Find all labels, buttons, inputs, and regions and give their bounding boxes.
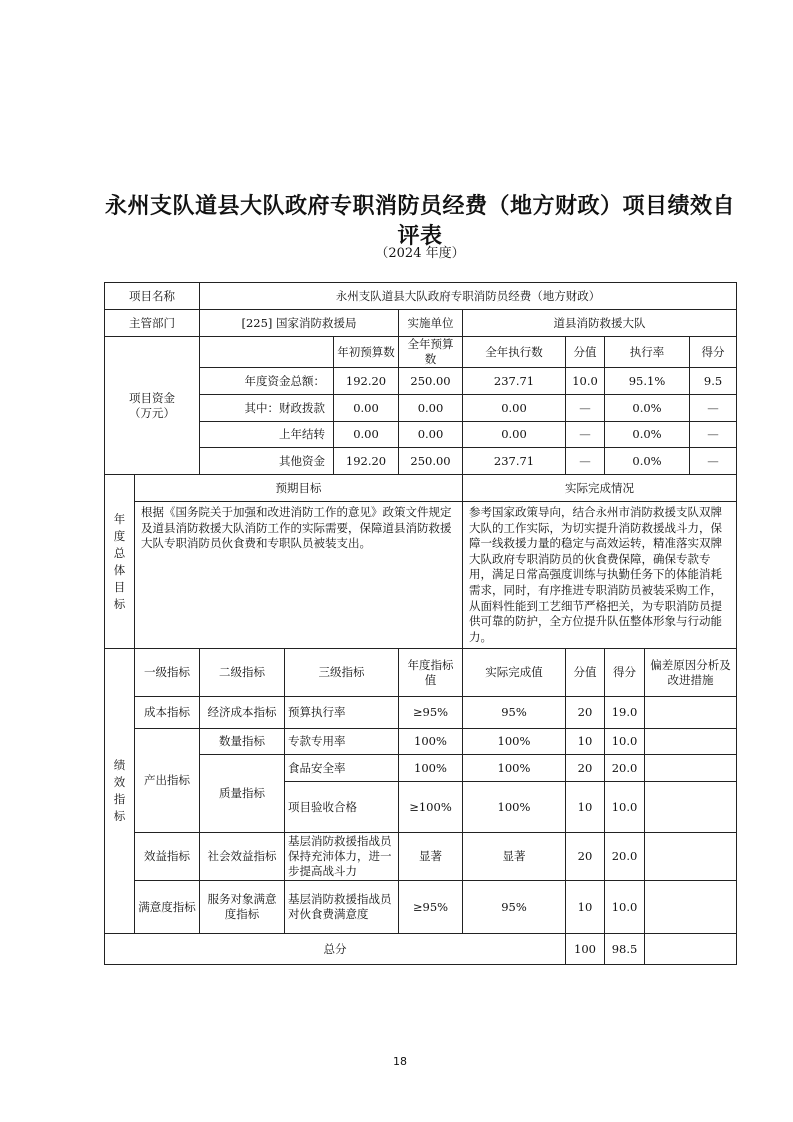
impl-label: 实施单位 xyxy=(399,310,463,337)
fund-score: 9.5 xyxy=(690,368,737,395)
fund-executed: 237.71 xyxy=(463,368,566,395)
document-year: （2024 年度） xyxy=(100,245,740,263)
annual-goal-side-label: 年度总体目标 xyxy=(105,475,135,649)
score-header: 得分 xyxy=(690,337,737,368)
exec-rate-header: 执行率 xyxy=(605,337,690,368)
indicator-row: 成本指标 经济成本指标 预算执行率 ≥95% 95% 20 19.0 xyxy=(105,697,737,729)
level2-cell: 服务对象满意度指标 xyxy=(200,881,285,934)
fund-annual: 250.00 xyxy=(399,448,463,475)
actual-header: 实际完成值 xyxy=(463,649,566,697)
level1-cell: 满意度指标 xyxy=(135,881,200,934)
deviation-cell xyxy=(645,782,737,833)
project-name-label: 项目名称 xyxy=(105,283,200,310)
fund-initial: 192.20 xyxy=(334,368,399,395)
department-row: 主管部门 [225] 国家消防救援局 实施单位 道县消防救援大队 xyxy=(105,310,737,337)
fund-executed: 237.71 xyxy=(463,448,566,475)
level1-header: 一级指标 xyxy=(135,649,200,697)
actual-cell: 显著 xyxy=(463,833,566,881)
document-title: 永州支队道县大队政府专职消防员经费（地方财政）项目绩效自评表 xyxy=(100,192,740,252)
indicator-row: 产出指标 数量指标 专款专用率 100% 100% 10 10.0 xyxy=(105,729,737,755)
page-number: 18 xyxy=(380,1055,420,1068)
level3-cell: 食品安全率 xyxy=(285,755,399,782)
weight-cell: 20 xyxy=(566,755,605,782)
total-deviation xyxy=(645,934,737,965)
actual-cell: 100% xyxy=(463,782,566,833)
expected-goal-header: 预期目标 xyxy=(135,475,463,502)
level3-cell: 基层消防救援指战员保持充沛体力，进一步提高战斗力 xyxy=(285,833,399,881)
fund-annual: 0.00 xyxy=(399,422,463,448)
funds-row: 上年结转 0.00 0.00 0.00 — 0.0% — xyxy=(105,422,737,448)
actual-cell: 100% xyxy=(463,729,566,755)
fund-initial: 0.00 xyxy=(334,395,399,422)
funds-row: 其他资金 192.20 250.00 237.71 — 0.0% — xyxy=(105,448,737,475)
level3-cell: 预算执行率 xyxy=(285,697,399,729)
target-header: 年度指标值 xyxy=(399,649,463,697)
initial-budget-header: 年初预算数 xyxy=(334,337,399,368)
level2-header: 二级指标 xyxy=(200,649,285,697)
deviation-cell xyxy=(645,881,737,934)
fund-rate: 95.1% xyxy=(605,368,690,395)
fund-annual: 250.00 xyxy=(399,368,463,395)
fund-initial: 0.00 xyxy=(334,422,399,448)
funds-row: 年度资金总额： 192.20 250.00 237.71 10.0 95.1% … xyxy=(105,368,737,395)
fund-score: — xyxy=(690,422,737,448)
total-weight: 100 xyxy=(566,934,605,965)
actual-cell: 95% xyxy=(463,697,566,729)
level3-cell: 项目验收合格 xyxy=(285,782,399,833)
indicator-row: 效益指标 社会效益指标 基层消防救援指战员保持充沛体力，进一步提高战斗力 显著 … xyxy=(105,833,737,881)
weight-header: 分值 xyxy=(566,337,605,368)
deviation-cell xyxy=(645,697,737,729)
dept-value: [225] 国家消防救援局 xyxy=(200,310,399,337)
actual-completion-header: 实际完成情况 xyxy=(463,475,737,502)
indicator-row: 满意度指标 服务对象满意度指标 基层消防救援指战员对伙食费满意度 ≥95% 95… xyxy=(105,881,737,934)
fund-score: — xyxy=(690,448,737,475)
fund-executed: 0.00 xyxy=(463,395,566,422)
fund-annual: 0.00 xyxy=(399,395,463,422)
level2-cell: 社会效益指标 xyxy=(200,833,285,881)
level2-cell: 质量指标 xyxy=(200,755,285,833)
indicator-row: 质量指标 食品安全率 100% 100% 20 20.0 xyxy=(105,755,737,782)
goals-header-row: 年度总体目标 预期目标 实际完成情况 xyxy=(105,475,737,502)
weight-cell: 10 xyxy=(566,782,605,833)
executed-header: 全年执行数 xyxy=(463,337,566,368)
annual-budget-header: 全年预算数 xyxy=(399,337,463,368)
level1-cell: 成本指标 xyxy=(135,697,200,729)
level3-cell: 专款专用率 xyxy=(285,729,399,755)
score-cell: 10.0 xyxy=(605,782,645,833)
actual-cell: 95% xyxy=(463,881,566,934)
level1-cell: 产出指标 xyxy=(135,729,200,833)
funds-label: 项目资金 （万元） xyxy=(105,337,200,475)
total-label: 总分 xyxy=(105,934,566,965)
target-cell: 显著 xyxy=(399,833,463,881)
score-cell: 20.0 xyxy=(605,755,645,782)
impl-value: 道县消防救援大队 xyxy=(463,310,737,337)
score-cell: 20.0 xyxy=(605,833,645,881)
weight-cell: 10 xyxy=(566,729,605,755)
fund-label: 上年结转 xyxy=(200,422,334,448)
dept-label: 主管部门 xyxy=(105,310,200,337)
indicators-header-row: 绩效指标 一级指标 二级指标 三级指标 年度指标值 实际完成值 分值 得分 偏差… xyxy=(105,649,737,697)
goals-content-row: 根据《国务院关于加强和改进消防工作的意见》政策文件规定及道县消防救援大队消防工作… xyxy=(105,502,737,649)
fund-rate: 0.0% xyxy=(605,422,690,448)
deviation-cell xyxy=(645,833,737,881)
score-cell: 10.0 xyxy=(605,729,645,755)
target-cell: ≥95% xyxy=(399,881,463,934)
deviation-cell xyxy=(645,729,737,755)
actual-cell: 100% xyxy=(463,755,566,782)
level1-cell: 效益指标 xyxy=(135,833,200,881)
level3-header: 三级指标 xyxy=(285,649,399,697)
weight-header: 分值 xyxy=(566,649,605,697)
fund-rate: 0.0% xyxy=(605,395,690,422)
level2-cell: 数量指标 xyxy=(200,729,285,755)
funds-row: 其中：财政拨款 0.00 0.00 0.00 — 0.0% — xyxy=(105,395,737,422)
fund-weight: 10.0 xyxy=(566,368,605,395)
funds-header-row: 项目资金 （万元） 年初预算数 全年预算数 全年执行数 分值 执行率 得分 xyxy=(105,337,737,368)
fund-weight: — xyxy=(566,448,605,475)
fund-executed: 0.00 xyxy=(463,422,566,448)
target-cell: 100% xyxy=(399,755,463,782)
total-score: 98.5 xyxy=(605,934,645,965)
total-row: 总分 100 98.5 xyxy=(105,934,737,965)
score-cell: 19.0 xyxy=(605,697,645,729)
self-evaluation-table: 项目名称 永州支队道县大队政府专职消防员经费（地方财政） 主管部门 [225] … xyxy=(104,282,737,965)
weight-cell: 10 xyxy=(566,881,605,934)
fund-initial: 192.20 xyxy=(334,448,399,475)
deviation-header: 偏差原因分析及改进措施 xyxy=(645,649,737,697)
weight-cell: 20 xyxy=(566,697,605,729)
funds-blank-header xyxy=(200,337,334,368)
project-name-value: 永州支队道县大队政府专职消防员经费（地方财政） xyxy=(200,283,737,310)
project-name-row: 项目名称 永州支队道县大队政府专职消防员经费（地方财政） xyxy=(105,283,737,310)
fund-weight: — xyxy=(566,395,605,422)
deviation-cell xyxy=(645,755,737,782)
fund-label: 年度资金总额： xyxy=(200,368,334,395)
actual-completion-text: 参考国家政策导向，结合永州市消防救援支队双牌大队的工作实际，为切实提升消防救援战… xyxy=(463,502,737,649)
fund-label: 其他资金 xyxy=(200,448,334,475)
fund-score: — xyxy=(690,395,737,422)
target-cell: ≥95% xyxy=(399,697,463,729)
level3-cell: 基层消防救援指战员对伙食费满意度 xyxy=(285,881,399,934)
level2-cell: 经济成本指标 xyxy=(200,697,285,729)
performance-indicators-side-label: 绩效指标 xyxy=(105,649,135,934)
fund-label: 其中：财政拨款 xyxy=(200,395,334,422)
score-cell: 10.0 xyxy=(605,881,645,934)
fund-rate: 0.0% xyxy=(605,448,690,475)
expected-goal-text: 根据《国务院关于加强和改进消防工作的意见》政策文件规定及道县消防救援大队消防工作… xyxy=(135,502,463,649)
target-cell: 100% xyxy=(399,729,463,755)
fund-weight: — xyxy=(566,422,605,448)
weight-cell: 20 xyxy=(566,833,605,881)
score-header: 得分 xyxy=(605,649,645,697)
target-cell: ≥100% xyxy=(399,782,463,833)
